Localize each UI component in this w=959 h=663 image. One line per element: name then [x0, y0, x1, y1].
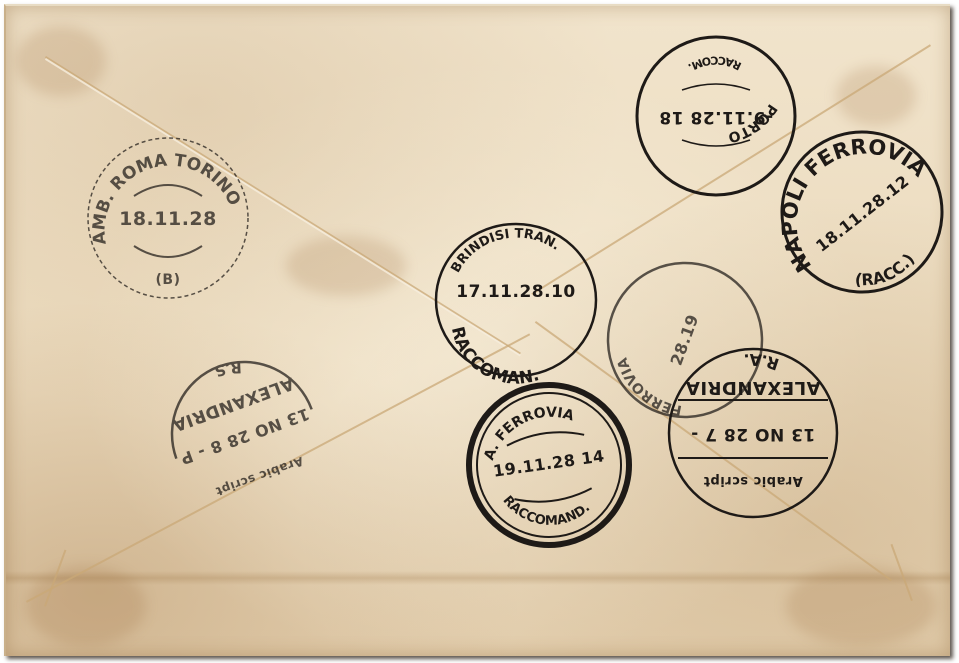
postmark-date: 13 NO 28 7 - [666, 424, 840, 444]
postmark-alexandria-ra: R.A. Arabic script 13 NO 28 7 - ALEXANDR… [666, 346, 840, 520]
postmark-arabic-text: Arabic script [666, 473, 840, 488]
postmark-ferrovia-dark: A. FERROVIA RACCOMAND. 19.11.28 14 [455, 371, 642, 558]
postmark-date: 18.11.28 [84, 208, 252, 230]
horizontal-crease [6, 571, 950, 585]
envelope-back: AMB. ROMA TORINO 18.11.28 (B) PORTO RACC… [4, 4, 950, 656]
svg-text:R.A.: R.A. [743, 350, 781, 374]
postmark-date: -9.11.28 18 [634, 107, 798, 127]
svg-text:AMB. ROMA TORINO: AMB. ROMA TORINO [89, 150, 244, 245]
svg-text:RACCOM.: RACCOM. [686, 54, 744, 74]
postmark-date: 17.11.28.10 [432, 282, 600, 302]
postmark-city: ALEXANDRIA [666, 377, 840, 398]
svg-text:BRINDISI TRAN.: BRINDISI TRAN. [448, 226, 562, 275]
postmark-alexandria-rs: R.S Arabic script 13 NO 28 8 - P ALEXAND… [139, 329, 349, 539]
svg-text:RACCOMAN.: RACCOMAN. [447, 325, 542, 389]
postmark-bottom-text: (B) [84, 272, 252, 288]
postmark-roma-torino: AMB. ROMA TORINO 18.11.28 (B) [84, 134, 252, 302]
svg-text:R.S: R.S [211, 353, 247, 384]
postmark-brindisi: BRINDISI TRAN. RACCOMAN. 17.11.28.10 [432, 220, 600, 380]
